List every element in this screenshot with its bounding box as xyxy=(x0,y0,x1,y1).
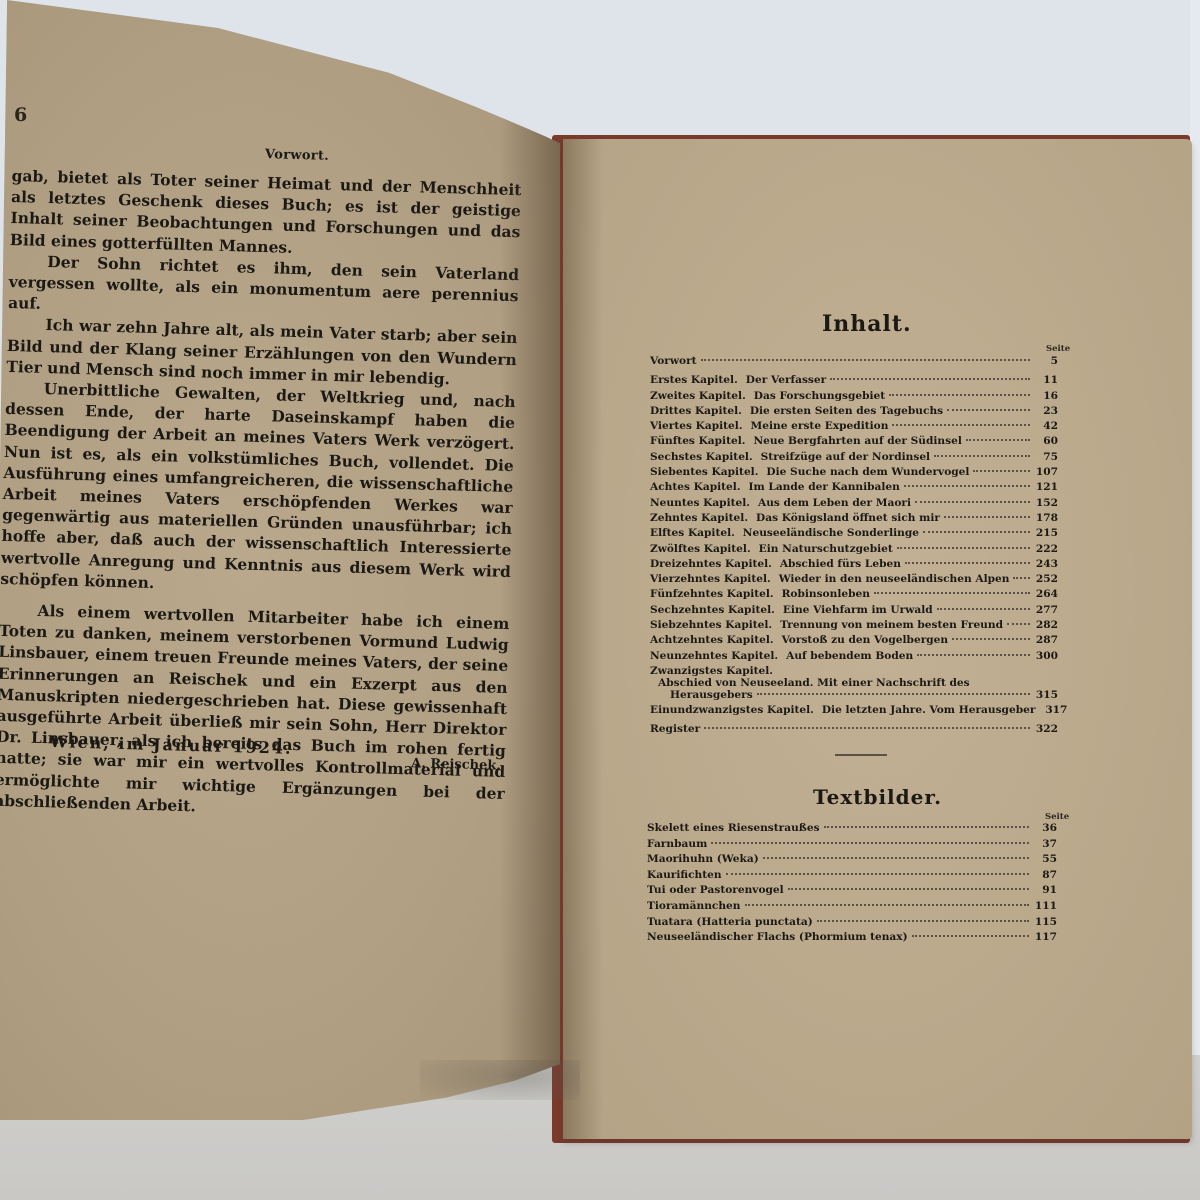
leader-dots xyxy=(973,470,1030,472)
paragraph: Als einem wertvollen Mitarbeiter habe ic… xyxy=(0,599,510,825)
toc-title: Robinsonleben xyxy=(782,588,870,600)
toc-page: 264 xyxy=(1034,588,1058,600)
leader-dots xyxy=(874,592,1030,594)
toc-entry: Zwölftes Kapitel.Ein Naturschutzgebiet22… xyxy=(650,543,1058,558)
leader-dots xyxy=(952,638,1030,640)
toc-page: 315 xyxy=(1034,689,1058,701)
toc-title: Das Forschungsgebiet xyxy=(754,390,885,402)
illustration-title: Skelett eines Riesenstraußes xyxy=(647,822,820,834)
leader-dots xyxy=(1007,623,1030,625)
toc-title: Die ersten Seiten des Tagebuchs xyxy=(750,405,943,417)
illustration-page: 36 xyxy=(1033,822,1057,834)
toc-page: 107 xyxy=(1034,466,1058,478)
toc-entry: Dreizehntes Kapitel.Abschied fürs Leben2… xyxy=(650,558,1058,573)
illustration-page: 111 xyxy=(1033,900,1057,912)
illustration-page: 37 xyxy=(1033,838,1057,850)
toc-title: Der Verfasser xyxy=(746,374,826,386)
leader-dots xyxy=(944,516,1030,518)
toc-entry: Neunzehntes Kapitel.Auf bebendem Boden30… xyxy=(650,650,1058,665)
illustration-page: 115 xyxy=(1033,916,1057,928)
table-of-contents: Vorwort 5 Erstes Kapitel.Der Verfasser11… xyxy=(650,355,1058,738)
toc-entry: Fünfzehntes Kapitel.Robinsonleben264 xyxy=(650,588,1058,603)
paragraph: gab, bietet als Toter seiner Heimat und … xyxy=(10,165,522,264)
toc-page: 243 xyxy=(1034,558,1058,570)
toc-title: Aus dem Leben der Maori xyxy=(758,497,911,509)
toc-page: 252 xyxy=(1034,573,1058,585)
toc-page: 11 xyxy=(1034,374,1058,386)
leader-dots xyxy=(905,562,1030,564)
toc-chapter: Register xyxy=(650,723,700,735)
toc-chapter: Elftes Kapitel. xyxy=(650,527,735,539)
leader-dots xyxy=(704,727,1030,729)
signature: A. Reischek. xyxy=(411,756,501,773)
leader-dots xyxy=(726,873,1029,875)
illustrations-page-column-label: Seite xyxy=(1045,812,1069,822)
toc-chapter: Zehntes Kapitel. xyxy=(650,512,748,524)
toc-entry: Sechzehntes Kapitel.Eine Viehfarm im Urw… xyxy=(650,604,1058,619)
leader-dots xyxy=(897,547,1030,549)
leader-dots xyxy=(711,842,1029,844)
illustration-title: Tioramännchen xyxy=(647,900,741,912)
toc-page: 16 xyxy=(1034,390,1058,402)
toc-page: 75 xyxy=(1034,451,1058,463)
illustration-entry: Kaurifichten87 xyxy=(647,869,1057,885)
toc-entry: Einundzwanzigstes Kapitel.Die letzten Ja… xyxy=(650,704,1058,719)
illustration-page: 91 xyxy=(1033,884,1057,896)
toc-title: Neue Bergfahrten auf der Südinsel xyxy=(753,435,961,447)
illustration-page: 55 xyxy=(1033,853,1057,865)
toc-title: Das Königsland öffnet sich mir xyxy=(756,512,940,524)
toc-title: Eine Viehfarm im Urwald xyxy=(783,604,933,616)
leader-dots xyxy=(947,409,1030,411)
illustration-entry: Tui oder Pastorenvogel91 xyxy=(647,884,1057,900)
toc-page: 322 xyxy=(1034,723,1058,735)
illustration-title: Tui oder Pastorenvogel xyxy=(647,884,784,896)
leader-dots xyxy=(1013,577,1030,579)
toc-entry: Sechstes Kapitel.Streifzüge auf der Nord… xyxy=(650,451,1058,466)
toc-title: Ein Naturschutzgebiet xyxy=(759,543,893,555)
leader-dots xyxy=(824,826,1029,828)
leader-dots xyxy=(934,455,1030,457)
toc-page: 277 xyxy=(1034,604,1058,616)
toc-title: Abschied fürs Leben xyxy=(780,558,901,570)
page-number: 6 xyxy=(14,104,27,126)
illustrations-list: Skelett eines Riesenstraußes36 Farnbaum3… xyxy=(647,822,1057,947)
toc-entry: Zehntes Kapitel.Das Königsland öffnet si… xyxy=(650,512,1058,527)
toc-entry: Siebzehntes Kapitel.Trennung von meinem … xyxy=(650,619,1058,634)
toc-title: Die Suche nach dem Wundervogel xyxy=(766,466,969,478)
toc-entry: Erstes Kapitel.Der Verfasser11 xyxy=(650,374,1058,389)
illustration-entry: Farnbaum37 xyxy=(647,838,1057,854)
toc-title: Neuseeländische Sonderlinge xyxy=(743,527,919,539)
toc-page: 300 xyxy=(1034,650,1058,662)
leader-dots xyxy=(788,888,1029,890)
illustration-title: Kaurifichten xyxy=(647,869,722,881)
toc-title: Trennung von meinem besten Freund xyxy=(780,619,1003,631)
toc-chapter: Fünftes Kapitel. xyxy=(650,435,745,447)
toc-chapter: Viertes Kapitel. xyxy=(650,420,743,432)
toc-entry: Fünftes Kapitel.Neue Bergfahrten auf der… xyxy=(650,435,1058,450)
toc-title: Abschied von Neuseeland. Mit einer Nachs… xyxy=(658,677,970,689)
illustration-entry: Maorihuhn (Weka)55 xyxy=(647,853,1057,869)
toc-entry: Siebentes Kapitel.Die Suche nach dem Wun… xyxy=(650,466,1058,481)
toc-chapter: Drittes Kapitel. xyxy=(650,405,742,417)
preface-body: gab, bietet als Toter seiner Heimat und … xyxy=(0,165,522,825)
toc-page: 121 xyxy=(1034,481,1058,493)
leader-dots xyxy=(915,501,1030,503)
toc-page: 178 xyxy=(1034,512,1058,524)
leader-dots xyxy=(757,693,1030,695)
toc-chapter: Fünfzehntes Kapitel. xyxy=(650,588,774,600)
toc-chapter: Sechzehntes Kapitel. xyxy=(650,604,775,616)
toc-chapter: Vierzehntes Kapitel. xyxy=(650,573,771,585)
leader-dots xyxy=(917,654,1030,656)
illustration-title: Maorihuhn (Weka) xyxy=(647,853,759,865)
leader-dots xyxy=(923,531,1030,533)
toc-page: 215 xyxy=(1034,527,1058,539)
toc-chapter: Neuntes Kapitel. xyxy=(650,497,750,509)
toc-entry: Zweites Kapitel.Das Forschungsgebiet16 xyxy=(650,390,1058,405)
toc-chapter: Dreizehntes Kapitel. xyxy=(650,558,772,570)
toc-page: 60 xyxy=(1034,435,1058,447)
leader-dots xyxy=(830,378,1030,380)
toc-title: Die letzten Jahre. Vom Herausgeber xyxy=(822,704,1036,716)
illustration-title: Neuseeländischer Flachs (Phormium tenax) xyxy=(647,931,908,943)
toc-chapter: Achtes Kapitel. xyxy=(650,481,741,493)
paragraph: Unerbittliche Gewalten, der Weltkrieg un… xyxy=(0,377,516,603)
leader-dots xyxy=(889,394,1030,396)
toc-page: 5 xyxy=(1034,355,1058,367)
toc-title: Streifzüge auf der Nordinsel xyxy=(761,451,930,463)
toc-title-continuation: Herausgebers xyxy=(670,689,753,701)
toc-entry: Drittes Kapitel.Die ersten Seiten des Ta… xyxy=(650,405,1058,420)
toc-chapter: Zweites Kapitel. xyxy=(650,390,746,402)
toc-page: 23 xyxy=(1034,405,1058,417)
toc-entry: Achtes Kapitel.Im Lande der Kannibalen12… xyxy=(650,481,1058,496)
toc-page: 42 xyxy=(1034,420,1058,432)
contents-page-column-label: Seite xyxy=(1046,344,1070,354)
illustration-entry: Neuseeländischer Flachs (Phormium tenax)… xyxy=(647,931,1057,947)
leader-dots xyxy=(701,359,1030,361)
leader-dots xyxy=(966,439,1030,441)
leader-dots xyxy=(817,920,1029,922)
toc-title: Im Lande der Kannibalen xyxy=(749,481,900,493)
page-shadow xyxy=(420,1060,580,1100)
toc-entry: Register322 xyxy=(650,723,1058,738)
toc-chapter: Vorwort xyxy=(650,355,697,367)
toc-page: 317 xyxy=(1043,704,1067,716)
toc-chapter: Sechstes Kapitel. xyxy=(650,451,753,463)
illustration-page: 117 xyxy=(1033,931,1057,943)
running-head: Vorwort. xyxy=(265,147,329,164)
toc-entry: Neuntes Kapitel.Aus dem Leben der Maori1… xyxy=(650,497,1058,512)
toc-chapter: Zwölftes Kapitel. xyxy=(650,543,751,555)
leader-dots xyxy=(763,857,1029,859)
illustration-page: 87 xyxy=(1033,869,1057,881)
toc-page: 222 xyxy=(1034,543,1058,555)
toc-chapter: Einundzwanzigstes Kapitel. xyxy=(650,704,814,716)
leader-dots xyxy=(912,935,1029,937)
toc-chapter: Siebentes Kapitel. xyxy=(650,466,758,478)
book-photo: Inhalt. Seite Vorwort 5 Erstes Kapitel.D… xyxy=(0,0,1200,1200)
toc-title: Wieder in den neuseeländischen Alpen xyxy=(779,573,1010,585)
leader-dots xyxy=(745,904,1030,906)
illustration-entry: Tioramännchen111 xyxy=(647,900,1057,916)
illustration-title: Tuatara (Hatteria punctata) xyxy=(647,916,813,928)
leader-dots xyxy=(937,608,1030,610)
toc-page: 152 xyxy=(1034,497,1058,509)
toc-entry: Viertes Kapitel.Meine erste Expedition42 xyxy=(650,420,1058,435)
toc-chapter: Siebzehntes Kapitel. xyxy=(650,619,772,631)
toc-entry: Vierzehntes Kapitel.Wieder in den neusee… xyxy=(650,573,1058,588)
toc-title: Auf bebendem Boden xyxy=(786,650,913,662)
illustration-entry: Skelett eines Riesenstraußes36 xyxy=(647,822,1057,838)
toc-entry: Vorwort 5 xyxy=(650,355,1058,370)
leader-dots xyxy=(892,424,1030,426)
toc-chapter: Neunzehntes Kapitel. xyxy=(650,650,778,662)
illustration-entry: Tuatara (Hatteria punctata)115 xyxy=(647,916,1057,932)
contents-title: Inhalt. xyxy=(822,311,912,337)
toc-continuation-line: Herausgebers 315 xyxy=(650,689,1058,704)
toc-entry: Achtzehntes Kapitel.Vorstoß zu den Vogel… xyxy=(650,634,1058,649)
toc-chapter: Erstes Kapitel. xyxy=(650,374,738,386)
toc-title: Meine erste Expedition xyxy=(751,420,889,432)
illustration-title: Farnbaum xyxy=(647,838,707,850)
toc-chapter: Achtzehntes Kapitel. xyxy=(650,634,774,646)
toc-title: Vorstoß zu den Vogelbergen xyxy=(782,634,949,646)
section-divider xyxy=(835,754,887,756)
toc-page: 282 xyxy=(1034,619,1058,631)
toc-entry: Zwanzigstes Kapitel. Abschied von Neusee… xyxy=(650,665,1058,704)
illustrations-title: Textbilder. xyxy=(813,785,942,809)
leader-dots xyxy=(904,485,1030,487)
toc-page: 287 xyxy=(1034,634,1058,646)
left-page: 6 Vorwort. gab, bietet als Toter seiner … xyxy=(0,0,560,1120)
toc-chapter: Zwanzigstes Kapitel. xyxy=(650,665,773,677)
toc-entry: Elftes Kapitel.Neuseeländische Sonderlin… xyxy=(650,527,1058,542)
